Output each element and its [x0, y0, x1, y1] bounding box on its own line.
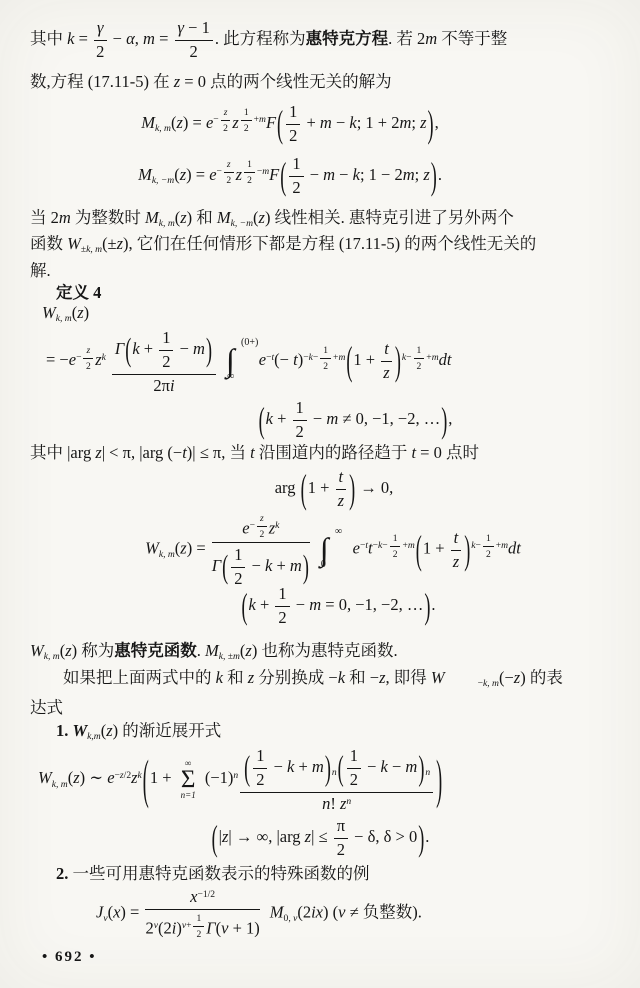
para-arg-conditions: 其中 |arg z| < π, |arg (−t)| ≤ π, 当 t 沿围道内… [30, 441, 479, 465]
heading-asymptotic-expansion: 1. Wk,m(z) 的渐近展开式 [56, 719, 221, 743]
condition-asymptotic: (|z| → ∞, |arg z| ≤ π2 − δ, δ > 0). [0, 816, 640, 860]
para-linear-dependence-line2: 函数 W±k, m(±z), 它们在任何情形下都是方程 (17.11-5) 的两… [30, 232, 536, 256]
condition-real: (k + 12 − m = 0, −1, −2, …). [0, 584, 640, 628]
sum-sign: Σ [181, 768, 196, 792]
formula-arg-limit: arg (1 + tz) → 0, [0, 467, 640, 511]
page-number: • 692 • [42, 947, 97, 969]
para-linear-dependence-line3: 解. [30, 259, 51, 283]
para-intro-line2: 数,方程 (17.11-5) 在 z = 0 点的两个线性无关的解为 [30, 70, 392, 94]
heading-special-function-examples: 2. 一些可用惠特克函数表示的特殊函数的例 [56, 862, 370, 886]
formula-m-plus: Mk, m(z) = e−z2z12+mF(12 + m − k; 1 + 2m… [0, 102, 580, 146]
condition-contour: (k + 12 − m ≠ 0, −1, −2, …), [0, 398, 640, 442]
formula-bessel-whittaker: Jν(x) = x−1/22ν(2i)ν+12Γ(ν + 1)M0, ν(2ix… [96, 887, 422, 940]
para-naming-line1: Wk, m(z) 称为惠特克函数. Mk, ±m(z) 也称为惠特克函数. [30, 639, 398, 663]
para-linear-dependence-line1: 当 2m 为整数时 Mk, m(z) 和 Mk, −m(z) 线性相关. 惠特克… [30, 206, 514, 230]
formula-w-contour-integral: = −e−z2zkΓ(k + 12 − m)2πi∫(0+)∞e−t(− t)−… [46, 327, 451, 396]
para-naming-line3: 达式 [30, 696, 63, 720]
formula-w-real-integral: Wk, m(z) = e−z2zkΓ(12 − k + m)∫∞0e−tt−k−… [0, 511, 640, 589]
formula-m-minus: Mk, −m(z) = e−z2z12−mF(12 − m − k; 1 − 2… [0, 154, 580, 198]
formula-asymptotic-expansion: Wk, m(z) ∼ e−z/2zk(1 + ∞Σn=1 (−1)n(12 − … [38, 745, 443, 814]
para-intro-line1: 其中 k = γ2 − α, m = γ − 12. 此方程称为惠特克方程. 若… [30, 18, 507, 62]
formula-w-lhs: Wk, m(z) [42, 301, 89, 325]
scanned-textbook-page: 其中 k = γ2 − α, m = γ − 12. 此方程称为惠特克方程. 若… [0, 0, 640, 988]
para-naming-line2: 如果把上面两式中的 k 和 z 分别换成 −k 和 −z, 即得 W−k, m(… [30, 666, 563, 690]
